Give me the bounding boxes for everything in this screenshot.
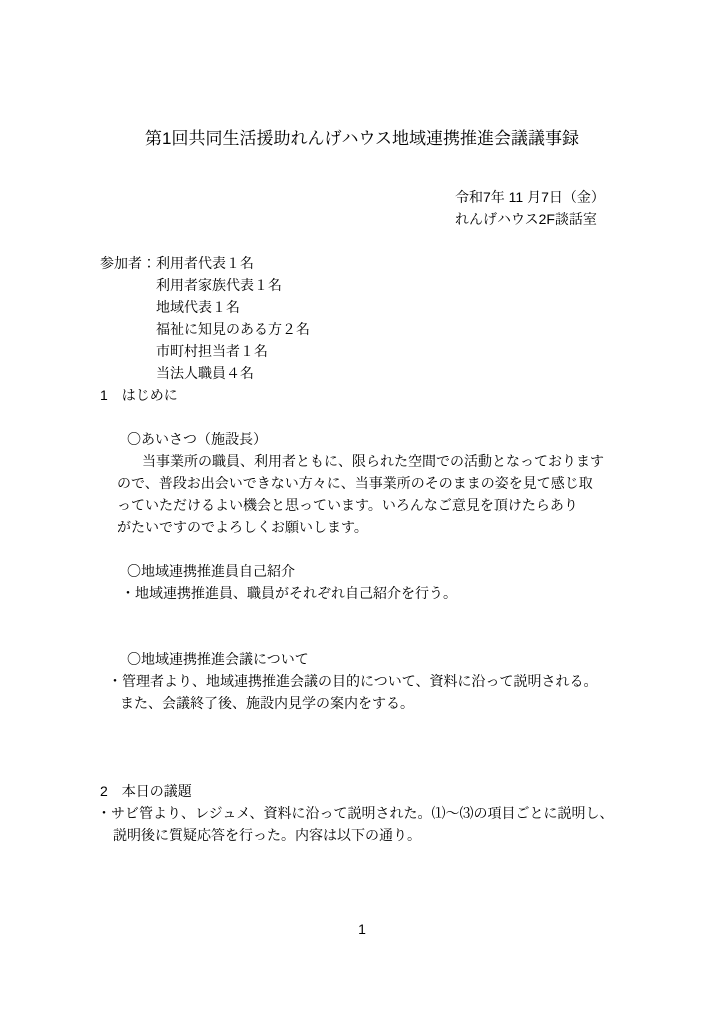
participant-item: 市町村担当者１名 bbox=[156, 340, 724, 362]
spacer bbox=[0, 714, 724, 736]
self-introduction-bullet: ・地域連携推進員、職員がそれぞれ自己紹介を行う。 bbox=[121, 582, 724, 604]
greeting-paragraph-line: っていただけるよい機会と思っています。いろんなご意見を頂けたらあり bbox=[117, 494, 724, 516]
greeting-paragraph-line: 当事業所の職員、利用者ともに、限られた空間での活動となっております bbox=[117, 450, 724, 472]
greeting-paragraph-line: がたいですのでよろしくお願いします。 bbox=[117, 516, 724, 538]
page-number: 1 bbox=[0, 918, 724, 940]
spacer bbox=[0, 151, 724, 186]
spacer bbox=[0, 604, 724, 626]
about-meeting-bullet: ・管理者より、地域連携推進会議の目的について、資料に沿って説明される。 bbox=[108, 670, 724, 692]
section-1-heading: 1 はじめに bbox=[100, 384, 724, 406]
participants-first-line: 参加者：利用者代表１名 bbox=[100, 252, 724, 274]
participant-item: 利用者家族代表１名 bbox=[156, 274, 724, 296]
participants-label: 参加者： bbox=[100, 255, 156, 271]
agenda-bullet: ・サビ管より、レジュメ、資料に沿って説明された。⑴～⑶の項目ごとに説明し、 bbox=[97, 802, 724, 824]
participant-item: 福祉に知見のある方２名 bbox=[156, 318, 724, 340]
spacer bbox=[0, 406, 724, 428]
participant-item: 利用者代表１名 bbox=[156, 255, 254, 271]
spacer bbox=[0, 538, 724, 560]
meeting-date: 令和7年 11 月7日（金） bbox=[455, 186, 724, 208]
meeting-venue: れんげハウス2F談話室 bbox=[455, 208, 724, 230]
spacer bbox=[0, 230, 724, 252]
spacer bbox=[0, 736, 724, 758]
participant-item: 当法人職員４名 bbox=[156, 362, 724, 384]
document-page: 第1回共同生活援助れんげハウス地域連携推進会議議事録 令和7年 11 月7日（金… bbox=[0, 0, 724, 1024]
self-introduction-heading: 〇地域連携推進員自己紹介 bbox=[127, 560, 724, 582]
about-meeting-heading: 〇地域連携推進会議について bbox=[127, 648, 724, 670]
section-2-heading: 2 本日の議題 bbox=[100, 780, 724, 802]
about-meeting-bullet-continuation: また、会議終了後、施設内見学の案内をする。 bbox=[120, 692, 724, 714]
document-title: 第1回共同生活援助れんげハウス地域連携推進会議議事録 bbox=[0, 127, 724, 151]
spacer bbox=[0, 758, 724, 780]
greeting-heading: 〇あいさつ（施設長） bbox=[127, 428, 724, 450]
participant-item: 地域代表１名 bbox=[156, 296, 724, 318]
greeting-paragraph-line: ので、普段お出会いできない方々に、当事業所のそのままの姿を見て感じ取 bbox=[117, 472, 724, 494]
agenda-bullet-continuation: 説明後に質疑応答を行った。内容は以下の通り。 bbox=[113, 824, 724, 846]
spacer bbox=[0, 626, 724, 648]
